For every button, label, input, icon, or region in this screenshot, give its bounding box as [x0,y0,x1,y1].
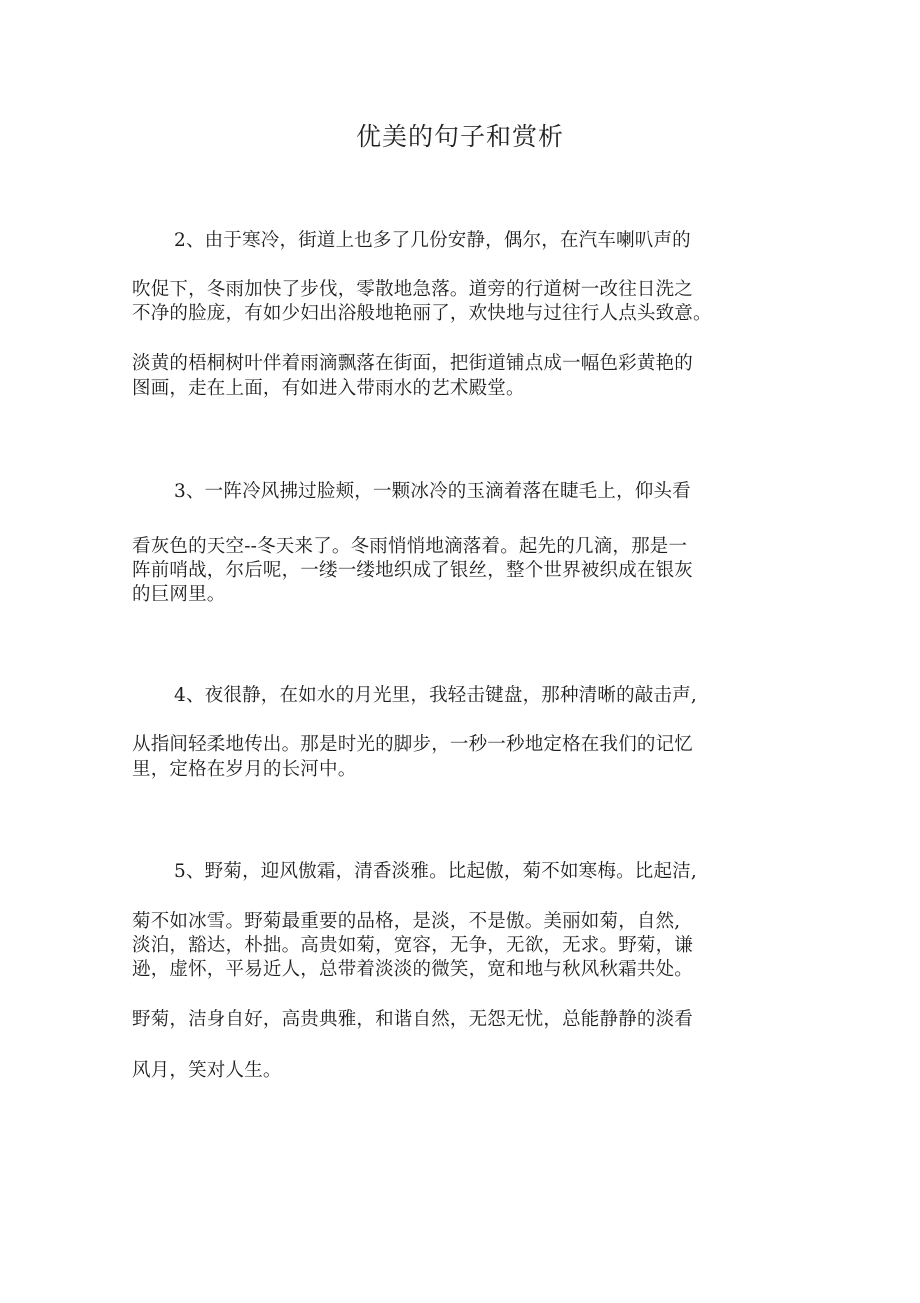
text-line: 2、由于寒冷，街道上也多了几份安静，偶尔，在汽车喇叭声的 [174,229,691,253]
text-line: 从指间轻柔地传出。那是时光的脚步，一秒一秒地定格在我们的记忆 [132,733,693,757]
text-line: 不净的脸庞，有如少妇出浴般地艳丽了，欢快地与过往行人点头致意。 [132,302,712,326]
text-line: 吹促下，冬雨加快了步伐，零散地急落。道旁的行道树一改往日洗之 [132,278,693,302]
document-title: 优美的句子和赏析 [0,120,920,154]
text-line: 风月，笑对人生。 [132,1059,282,1083]
text-line: 图画，走在上面，有如进入带雨水的艺术殿堂。 [132,377,525,401]
text-line: 逊，虚怀，平易近人，总带着淡淡的微笑，宽和地与秋风秋霜共处。 [132,958,693,982]
text-line: 3、一阵冷风拂过脸颊，一颗冰冷的玉滴着落在睫毛上，仰头看 [174,480,691,504]
text-line: 看灰色的天空--冬天来了。冬雨悄悄地滴落着。起先的几滴，那是一 [132,535,687,559]
text-line: 野菊，洁身自好，高贵典雅，和谐自然，无怨无忧，总能静静的淡看 [132,1008,693,1032]
text-line: 5、野菊，迎风傲霜，清香淡雅。比起傲，菊不如寒梅。比起洁, [174,860,697,884]
text-line: 的巨网里。 [132,583,226,607]
text-line: 阵前哨战，尔后呢，一缕一缕地织成了银丝，整个世界被织成在银灰 [132,559,693,583]
text-line: 4、夜很静，在如水的月光里，我轻击键盘，那种清晰的敲击声, [174,684,697,708]
text-line: 淡黄的梧桐树叶伴着雨滴飘落在街面，把街道铺点成一幅色彩黄艳的 [132,352,693,376]
text-line: 菊不如冰雪。野菊最重要的品格，是淡，不是傲。美丽如菊，自然, [132,910,680,934]
text-line: 里，定格在岁月的长河中。 [132,758,356,782]
text-line: 淡泊，豁达，朴拙。高贵如菊，宽容，无争，无欲，无求。野菊，谦 [132,934,693,958]
